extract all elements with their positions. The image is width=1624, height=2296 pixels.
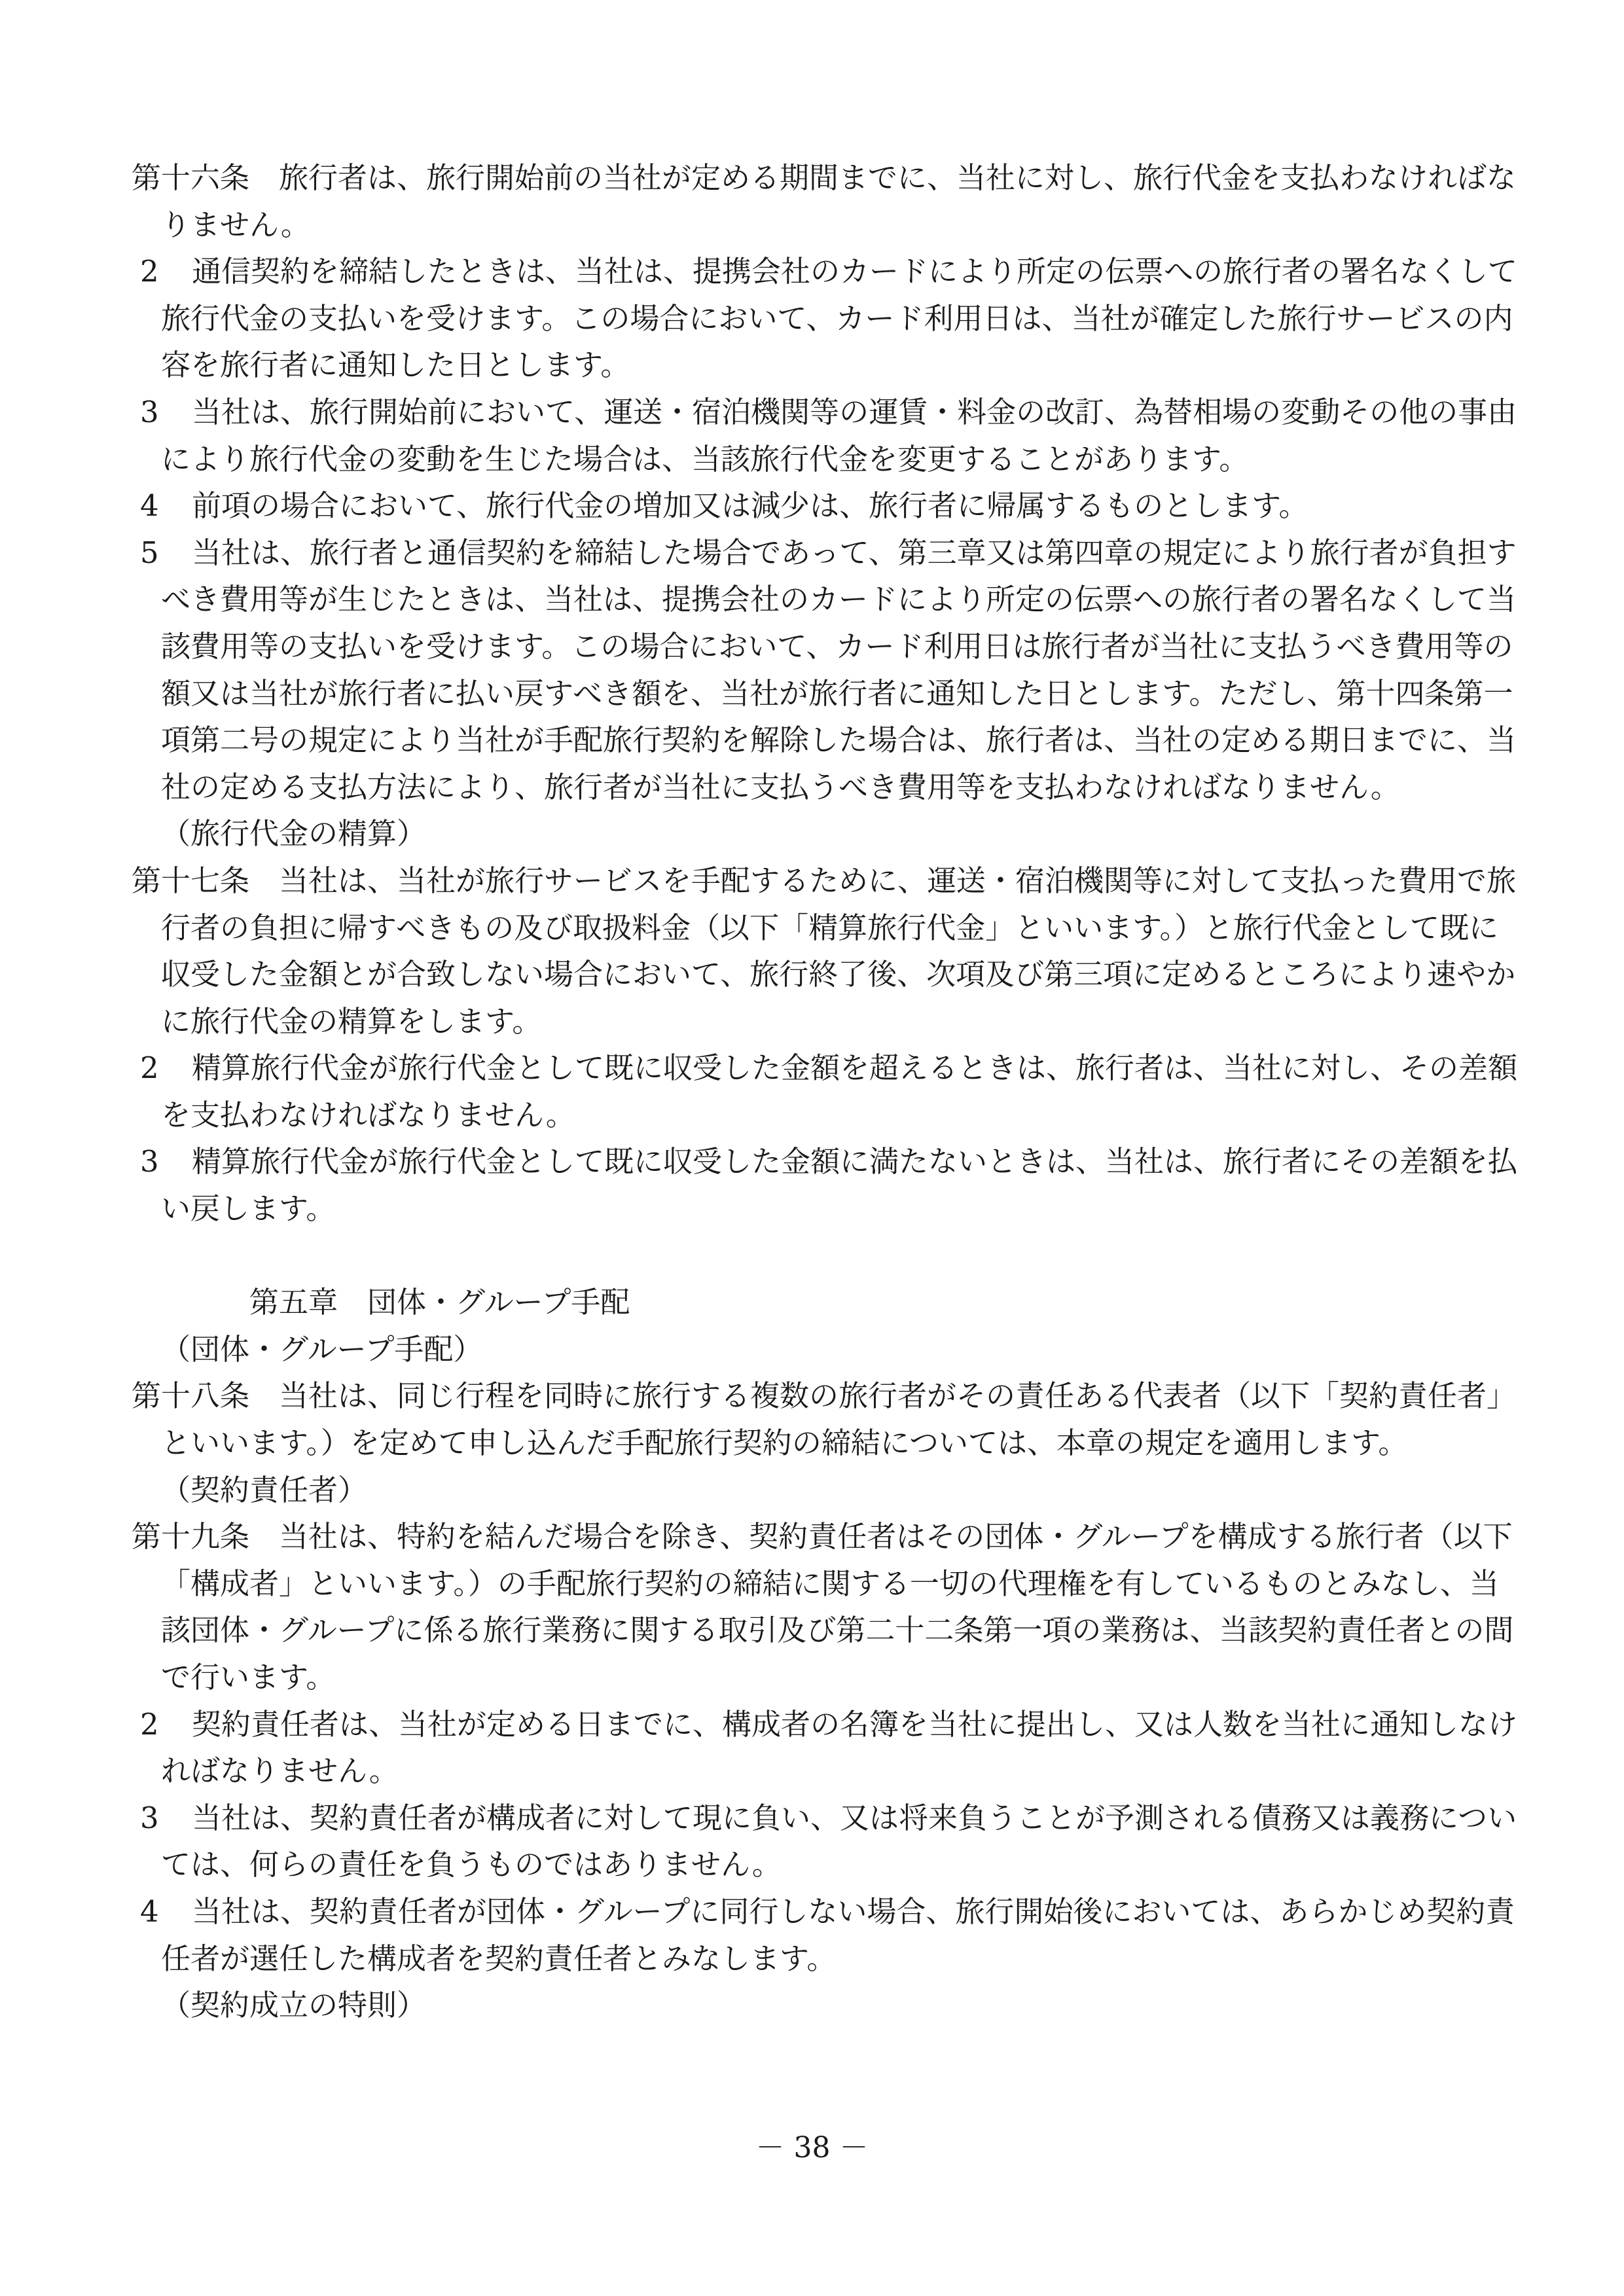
- document-line-continuation: 行者の負担に帰すべきもの及び取扱料金（以下「精算旅行代金」といいます。）と旅行代…: [132, 905, 1532, 952]
- document-line-continuation: で行います。: [132, 1654, 1532, 1701]
- document-line-continuation: りません。: [132, 202, 1532, 249]
- document-line-item: 2契約責任者は、当社が定める日までに、構成者の名簿を当社に提出し、又は人数を当社…: [132, 1701, 1532, 1748]
- document-text-block: 第十六条 旅行者は、旅行開始前の当社が定める期間までに、当社に対し、旅行代金を支…: [132, 154, 1532, 2029]
- document-page: 第十六条 旅行者は、旅行開始前の当社が定める期間までに、当社に対し、旅行代金を支…: [0, 0, 1624, 2296]
- document-line-paren-heading: （契約責任者）: [132, 1467, 1532, 1514]
- document-line-continuation: 収受した金額とが合致しない場合において、旅行終了後、次項及び第三項に定めるところ…: [132, 951, 1532, 998]
- document-line-continuation: 項第二号の規定により当社が手配旅行契約を解除した場合は、旅行者は、当社の定める期…: [132, 717, 1532, 764]
- document-line-article: 第十九条 当社は、特約を結んだ場合を除き、契約責任者はその団体・グループを構成す…: [132, 1513, 1532, 1560]
- document-line-continuation: といいます。）を定めて申し込んだ手配旅行契約の締結については、本章の規定を適用し…: [132, 1420, 1532, 1467]
- document-line-blank: [132, 1232, 1532, 1280]
- item-number: 2: [132, 248, 192, 295]
- document-line-item: 3当社は、契約責任者が構成者に対して現に負い、又は将来負うことが予測される債務又…: [132, 1795, 1532, 1842]
- item-text: 精算旅行代金が旅行代金として既に収受した金額に満たないときは、当社は、旅行者にそ…: [192, 1144, 1517, 1179]
- document-line-continuation: 「構成者」といいます。）の手配旅行契約の締結に関する一切の代理権を有しているもの…: [132, 1560, 1532, 1607]
- document-line-article: 第十六条 旅行者は、旅行開始前の当社が定める期間までに、当社に対し、旅行代金を支…: [132, 154, 1532, 202]
- item-number: 4: [132, 482, 192, 529]
- item-number: 3: [132, 1138, 192, 1185]
- document-line-continuation: 任者が選任した構成者を契約責任者とみなします。: [132, 1935, 1532, 1982]
- item-number: 2: [132, 1045, 192, 1092]
- item-text: 当社は、旅行開始前において、運送・宿泊機関等の運賃・料金の改訂、為替相場の変動そ…: [192, 395, 1517, 429]
- document-line-paren-heading: （団体・グループ手配）: [132, 1326, 1532, 1373]
- document-line-continuation: により旅行代金の変動を生じた場合は、当該旅行代金を変更することがあります。: [132, 436, 1532, 483]
- item-number: 5: [132, 529, 192, 577]
- item-number: 2: [132, 1701, 192, 1748]
- document-line-article: 第十七条 当社は、当社が旅行サービスを手配するために、運送・宿泊機関等に対して支…: [132, 857, 1532, 905]
- document-line-item: 3精算旅行代金が旅行代金として既に収受した金額に満たないときは、当社は、旅行者に…: [132, 1138, 1532, 1185]
- item-text: 前項の場合において、旅行代金の増加又は減少は、旅行者に帰属するものとします。: [192, 488, 1308, 523]
- item-text: 当社は、旅行者と通信契約を締結した場合であって、第三章又は第四章の規定により旅行…: [192, 535, 1517, 570]
- document-line-item: 4前項の場合において、旅行代金の増加又は減少は、旅行者に帰属するものとします。: [132, 482, 1532, 529]
- document-line-item: 5当社は、旅行者と通信契約を締結した場合であって、第三章又は第四章の規定により旅…: [132, 529, 1532, 577]
- document-line-continuation: 額又は当社が旅行者に払い戻すべき額を、当社が旅行者に通知した日とします。ただし、…: [132, 670, 1532, 717]
- document-line-continuation: 容を旅行者に通知した日とします。: [132, 342, 1532, 389]
- document-line-item: 4当社は、契約責任者が団体・グループに同行しない場合、旅行開始後においては、あら…: [132, 1888, 1532, 1935]
- item-number: 4: [132, 1888, 192, 1935]
- document-line-continuation: 社の定める支払方法により、旅行者が当社に支払うべき費用等を支払わなければなりませ…: [132, 764, 1532, 811]
- document-line-paren-heading: （旅行代金の精算）: [132, 810, 1532, 857]
- document-line-item: 3当社は、旅行開始前において、運送・宿泊機関等の運賃・料金の改訂、為替相場の変動…: [132, 389, 1532, 436]
- document-line-continuation: 旅行代金の支払いを受けます。この場合において、カード利用日は、当社が確定した旅行…: [132, 295, 1532, 342]
- item-number: 3: [132, 1795, 192, 1842]
- item-text: 当社は、契約責任者が団体・グループに同行しない場合、旅行開始後においては、あらか…: [192, 1894, 1515, 1929]
- page-footer: － 38 －: [0, 2125, 1624, 2172]
- document-line-continuation: を支払わなければなりません。: [132, 1092, 1532, 1139]
- document-line-continuation: 該団体・グループに係る旅行業務に関する取引及び第二十二条第一項の業務は、当該契約…: [132, 1607, 1532, 1654]
- item-text: 当社は、契約責任者が構成者に対して現に負い、又は将来負うことが予測される債務又は…: [192, 1801, 1517, 1835]
- item-number: 3: [132, 389, 192, 436]
- item-text: 通信契約を締結したときは、当社は、提携会社のカードにより所定の伝票への旅行者の署…: [192, 254, 1517, 289]
- item-text: 契約責任者は、当社が定める日までに、構成者の名簿を当社に提出し、又は人数を当社に…: [192, 1707, 1517, 1742]
- document-line-continuation: に旅行代金の精算をします。: [132, 998, 1532, 1045]
- document-line-continuation: べき費用等が生じたときは、当社は、提携会社のカードにより所定の伝票への旅行者の署…: [132, 576, 1532, 623]
- page-number: － 38 －: [756, 2131, 869, 2164]
- document-line-chapter: 第五章 団体・グループ手配: [132, 1279, 1532, 1326]
- document-line-continuation: ればなりません。: [132, 1748, 1532, 1795]
- document-line-article: 第十八条 当社は、同じ行程を同時に旅行する複数の旅行者がその責任ある代表者（以下…: [132, 1372, 1532, 1420]
- document-line-paren-heading: （契約成立の特則）: [132, 1982, 1532, 2029]
- document-line-item: 2精算旅行代金が旅行代金として既に収受した金額を超えるときは、旅行者は、当社に対…: [132, 1045, 1532, 1092]
- document-line-continuation: い戻します。: [132, 1185, 1532, 1232]
- document-line-continuation: ては、何らの責任を負うものではありません。: [132, 1841, 1532, 1888]
- document-line-continuation: 該費用等の支払いを受けます。この場合において、カード利用日は旅行者が当社に支払う…: [132, 623, 1532, 670]
- item-text: 精算旅行代金が旅行代金として既に収受した金額を超えるときは、旅行者は、当社に対し…: [192, 1050, 1517, 1085]
- document-line-item: 2通信契約を締結したときは、当社は、提携会社のカードにより所定の伝票への旅行者の…: [132, 248, 1532, 295]
